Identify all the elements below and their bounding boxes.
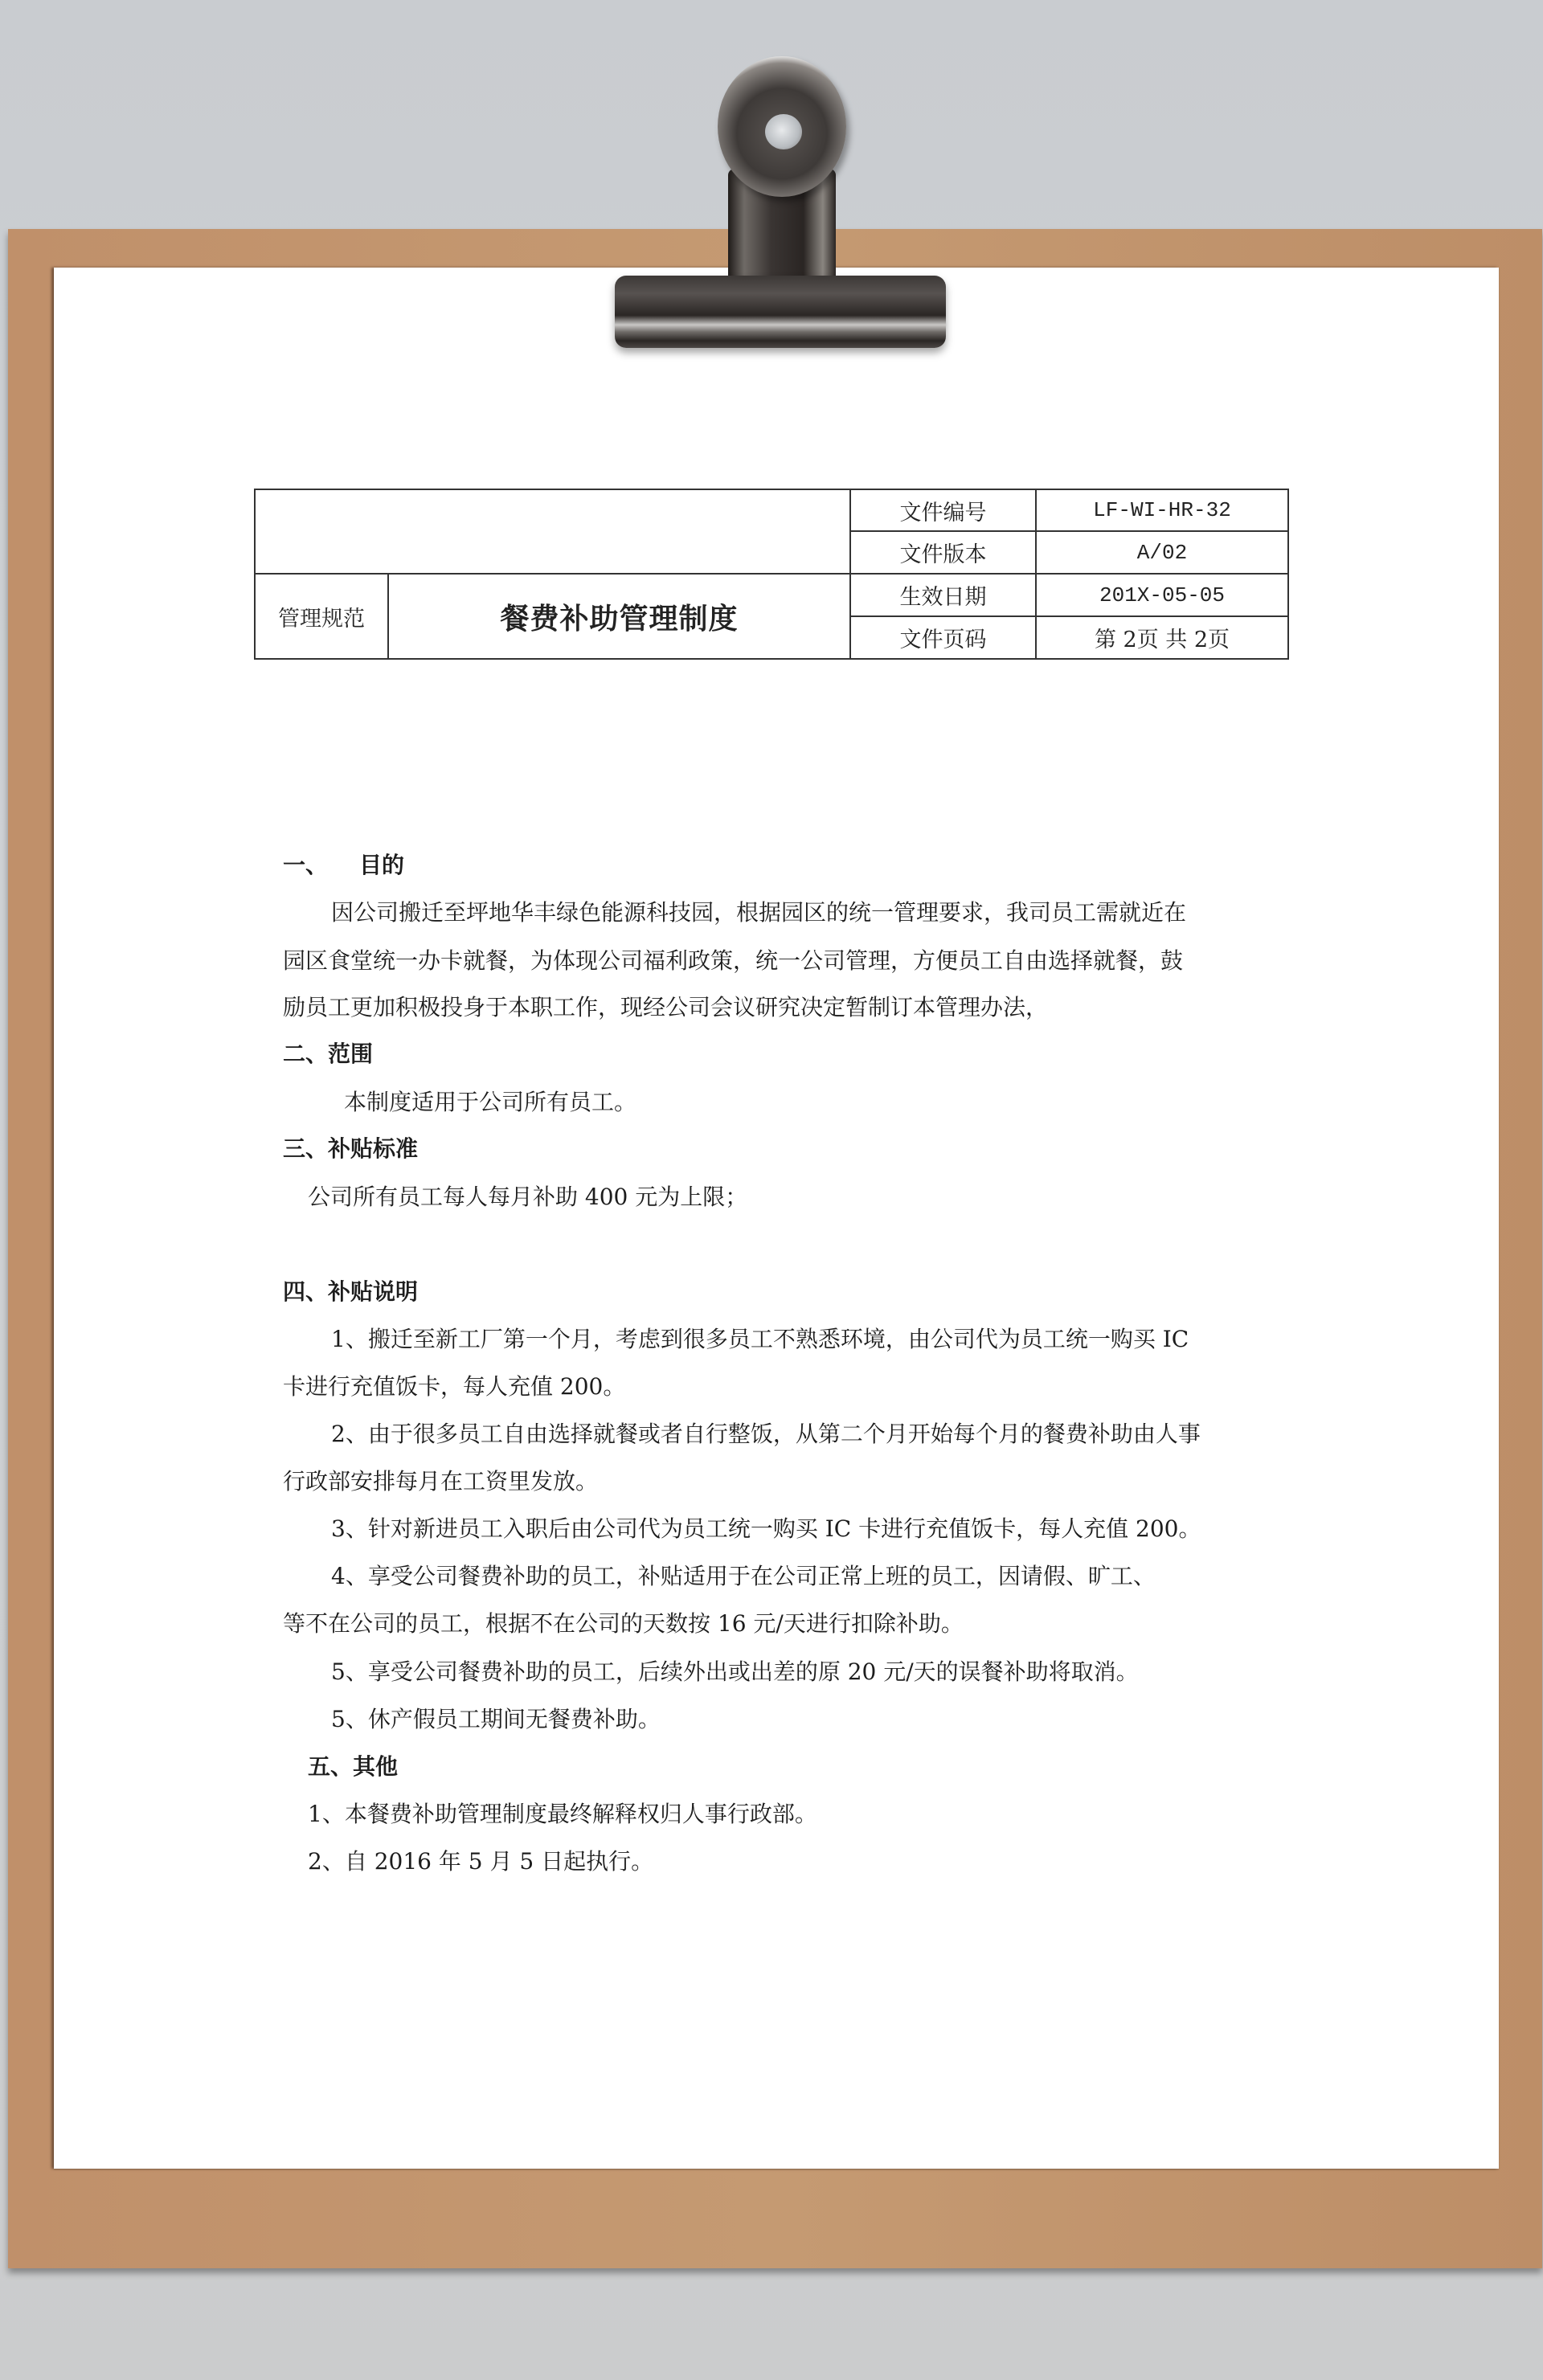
- doc-title: 餐费补助管理制度: [388, 574, 850, 659]
- effective-date-label: 生效日期: [850, 574, 1036, 616]
- doc-number-value: LF-WI-HR-32: [1036, 489, 1288, 531]
- doc-version-value: A/02: [1036, 531, 1288, 574]
- header-blank-cell: [255, 489, 850, 574]
- section-heading-other: 五、其他: [308, 1752, 398, 1781]
- clip-base: [615, 276, 946, 348]
- paragraph-line: 本制度适用于公司所有员工。: [344, 1088, 636, 1117]
- paragraph-line: 励员工更加积极投身于本职工作，现经公司会议研究决定暂制订本管理办法，: [283, 993, 1048, 1022]
- list-item-continued: 卡进行充值饭卡，每人充值 200。: [283, 1372, 625, 1401]
- effective-date-value: 201X-05-05: [1036, 574, 1288, 616]
- list-item: 3、针对新进员工入职后由公司代为员工统一购买 IC 卡进行充值饭卡，每人充值 2…: [331, 1515, 1201, 1544]
- paragraph-line: 因公司搬迁至坪地华丰绿色能源科技园，根据园区的统一管理要求，我司员工需就近在: [331, 898, 1186, 927]
- clip-hole: [765, 114, 802, 149]
- page-number-label: 文件页码: [850, 616, 1036, 659]
- section-heading-explanation: 四、补贴说明: [283, 1278, 418, 1307]
- doc-category: 管理规范: [255, 574, 388, 659]
- list-item: 2、自 2016 年 5 月 5 日起执行。: [308, 1847, 653, 1876]
- paragraph-line: 公司所有员工每人每月补助 400 元为上限；: [308, 1183, 747, 1212]
- list-item: 2、由于很多员工自由选择就餐或者自行整饭，从第二个月开始每个月的餐费补助由人事: [331, 1420, 1201, 1449]
- section-heading-scope: 二、范围: [283, 1040, 373, 1069]
- doc-number-label: 文件编号: [850, 489, 1036, 531]
- list-item-continued: 等不在公司的员工，根据不在公司的天数按 16 元/天进行扣除补助。: [283, 1609, 964, 1638]
- list-item: 1、本餐费补助管理制度最终解释权归人事行政部。: [308, 1800, 817, 1829]
- list-item-continued: 行政部安排每月在工资里发放。: [283, 1467, 598, 1496]
- list-item: 5、享受公司餐费补助的员工，后续外出或出差的原 20 元/天的误餐补助将取消。: [331, 1658, 1139, 1687]
- document-header-table: 文件编号 LF-WI-HR-32 文件版本 A/02 管理规范 餐费补助管理制度…: [254, 489, 1289, 660]
- section-heading-standard: 三、补贴标准: [283, 1135, 418, 1163]
- doc-version-label: 文件版本: [850, 531, 1036, 574]
- paragraph-line: 园区食堂统一办卡就餐，为体现公司福利政策，统一公司管理，方便员工自由选择就餐，鼓: [283, 947, 1183, 975]
- list-item: 4、享受公司餐费补助的员工，补贴适用于在公司正常上班的员工，因请假、旷工、: [331, 1562, 1156, 1591]
- page-number-value: 第 2页 共 2页: [1036, 616, 1288, 659]
- list-item: 5、休产假员工期间无餐费补助。: [331, 1705, 661, 1734]
- section-heading-purpose: 一、 目的: [283, 851, 404, 880]
- list-item: 1、搬迁至新工厂第一个月，考虑到很多员工不熟悉环境，由公司代为员工统一购买 IC: [331, 1325, 1189, 1354]
